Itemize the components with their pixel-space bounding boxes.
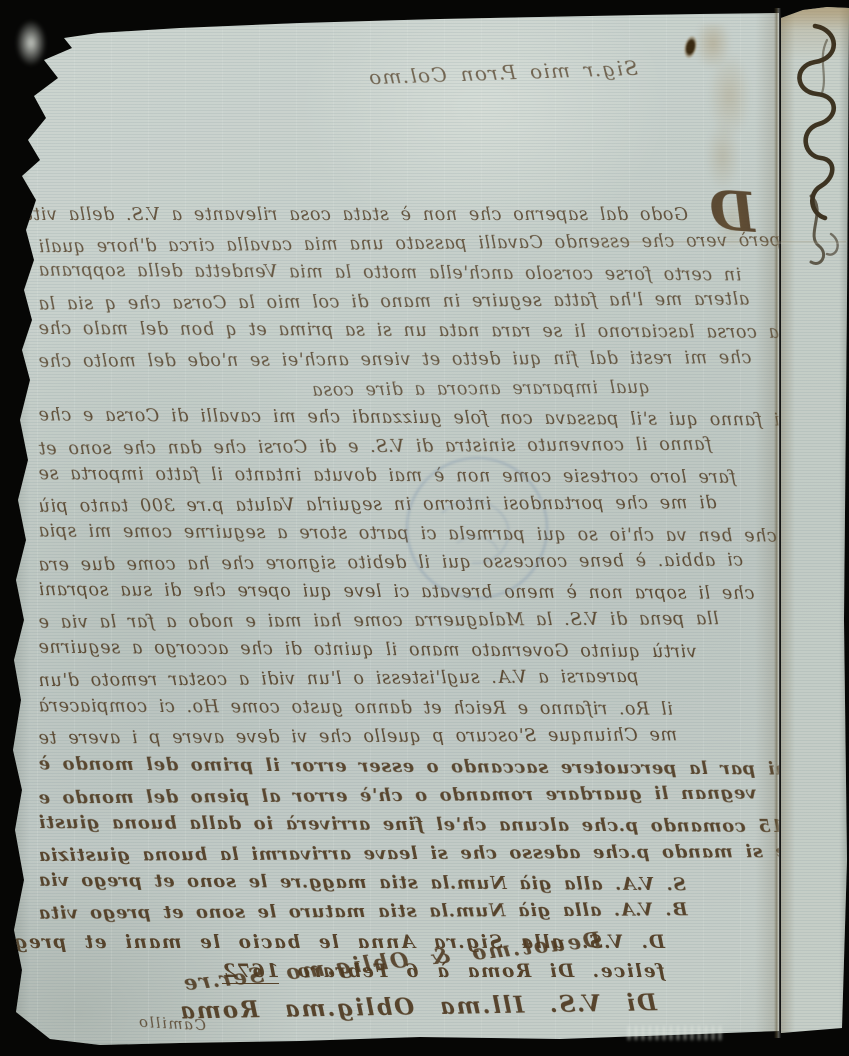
fold-strip <box>781 0 849 1056</box>
handwriting-line: 15 comando p.che alcuna ch'el fine arriv… <box>38 814 784 836</box>
valediction-line: Di V.S. Ill.ma Oblig.ma Roma <box>112 991 657 1024</box>
handwriting-line: virtù quinto Governato mano il quinto di… <box>38 640 697 662</box>
handwriting-line: ci abbia. è bene concesso qui il debito … <box>38 553 743 575</box>
signature-flourish: Deuot.mo & Oblig.mo Ser.re <box>230 929 602 989</box>
handwriting-line: Godo dal saperno che non è stata cosa ri… <box>38 207 688 225</box>
handwriting-line: lla pena di V.S. la Malaguerra come hai … <box>38 611 719 632</box>
torn-corner-flap <box>16 20 46 66</box>
signer-name: Camillo <box>116 1014 207 1034</box>
frayed-edge-fibers <box>628 1026 724 1040</box>
vertical-fold-crease <box>774 8 781 1038</box>
handwriting-line: fanno il convenuto sinistra di V.S. e di… <box>38 437 712 459</box>
handwriting-line: vegnan li guardare romando o ch'è error … <box>38 784 756 807</box>
handwriting-line: con la corsa lasciarono li se rara nata … <box>38 321 830 343</box>
scanned-letter-photo: Sig.r mio P.ron Col.moDGodo dal saperno … <box>0 0 849 1056</box>
handwriting-line: S. V.A. alla già Num.la stia magg.re le … <box>38 872 686 895</box>
handwriting-line: mi par la percuotere saccando o esser er… <box>38 755 794 778</box>
closing-line: D. V.S. alla Sig.ra Anna le bacio le man… <box>95 934 665 953</box>
handwriting-line: fare loro cortesie come non è mai dovuta… <box>38 466 736 487</box>
paper-sheet: Sig.r mio P.ron Col.moDGodo dal saperno … <box>0 0 781 1056</box>
fold-strip-writing <box>781 0 849 300</box>
handwriting-line: parearsi a V.A. sugl'istessi o l'un vidi… <box>38 669 639 691</box>
show-through-stain <box>693 24 759 264</box>
handwriting-line: B. V.A. alla già Num.la stia maturo le s… <box>38 901 688 922</box>
circular-watermark <box>402 453 552 603</box>
handwriting-line: il Ro. rifanno e Reich et danno gusto co… <box>38 698 673 719</box>
handwriting-line: di me che portandosi intorno in seguirla… <box>38 495 717 516</box>
salutation-line: Sig.r mio P.ron Col.mo <box>398 58 639 86</box>
handwriting-line: che li sopra non è meno brevata ci leve … <box>38 582 755 603</box>
handwriting-line: qual imparare ancora a dire cosa <box>372 380 650 400</box>
handwriting-line: però vero che essendo Cavalli passato un… <box>38 233 781 257</box>
date-line: felice. Di Roma à 6 Febraro 1672 <box>95 963 665 982</box>
handwriting-line: ci fanno qui s'il passava con fole guizz… <box>38 407 790 430</box>
handwriting-line: che mi resti dal fin qui detto et viene … <box>38 350 752 371</box>
handwriting-line: se si mando p.che adesso che si leave ar… <box>38 843 798 865</box>
handwriting-line: in certo forse corsolo anch'ella motto l… <box>38 263 741 285</box>
handwriting-line: me Chiunque S'oscuro p quello che vi dev… <box>38 727 677 748</box>
handwriting-line: altera me l'ha fatta seguire in mano di … <box>38 292 749 314</box>
